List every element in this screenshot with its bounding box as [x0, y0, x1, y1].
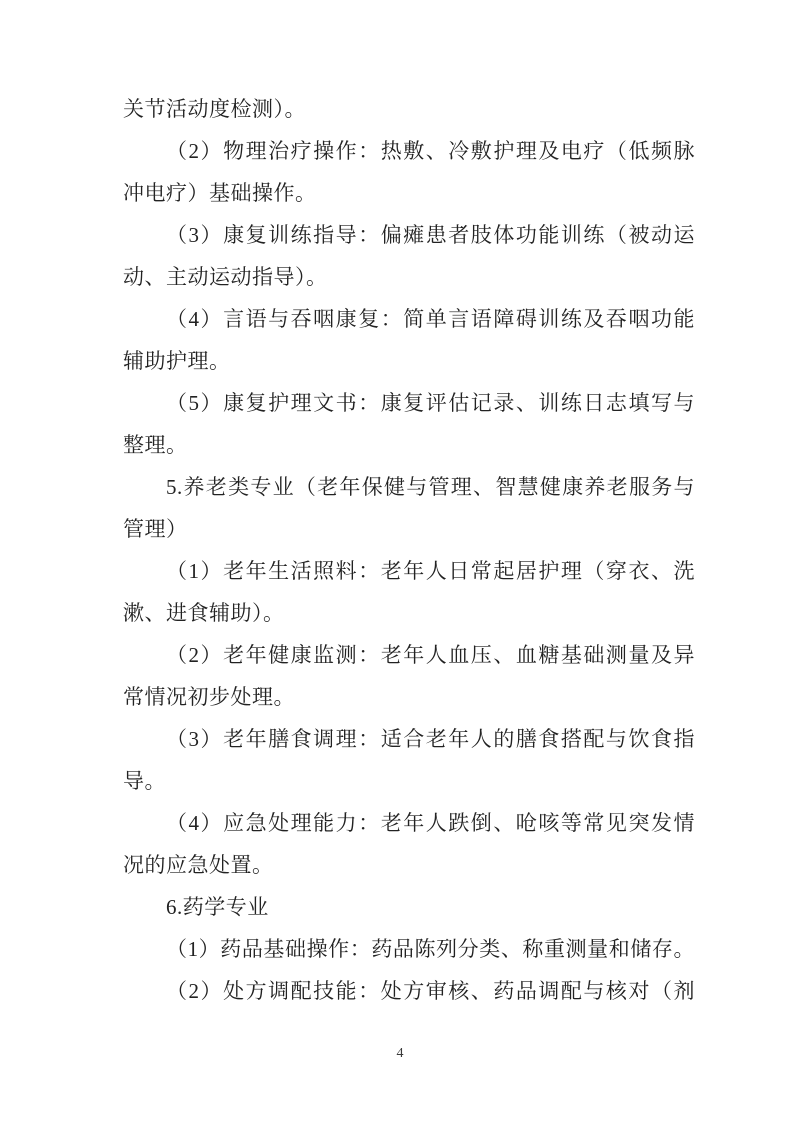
paragraph: （2）处方调配技能：处方审核、药品调配与核对（剂 — [123, 970, 695, 1012]
text-line: 常情况初步处理。 — [123, 676, 695, 718]
text-line: 辅助护理。 — [123, 340, 695, 382]
paragraph: （5）康复护理文书：康复评估记录、训练日志填写与整理。 — [123, 382, 695, 466]
text-line: 5.养老类专业（老年保健与管理、智慧健康养老服务与 — [123, 466, 695, 508]
paragraph: （4）应急处理能力：老年人跌倒、呛咳等常见突发情况的应急处置。 — [123, 802, 695, 886]
text-line: （3）康复训练指导：偏瘫患者肢体功能训练（被动运 — [123, 214, 695, 256]
page-footer: 4 — [0, 1044, 800, 1064]
text-line: （1）药品基础操作：药品陈列分类、称重测量和储存。 — [123, 928, 695, 970]
paragraph: 关节活动度检测）。 — [123, 88, 695, 130]
paragraph: （3）老年膳食调理：适合老年人的膳食搭配与饮食指导。 — [123, 718, 695, 802]
text-line: 漱、进食辅助）。 — [123, 592, 695, 634]
text-line: 导。 — [123, 760, 695, 802]
text-line: （2）老年健康监测：老年人血压、血糖基础测量及异 — [123, 634, 695, 676]
page-background: 关节活动度检测）。（2）物理治疗操作：热敷、冷敷护理及电疗（低频脉冲电疗）基础操… — [0, 0, 800, 1131]
text-line: （1）老年生活照料：老年人日常起居护理（穿衣、洗 — [123, 550, 695, 592]
text-line: （5）康复护理文书：康复评估记录、训练日志填写与 — [123, 382, 695, 424]
paragraph: 6.药学专业 — [123, 886, 695, 928]
paragraph: （2）物理治疗操作：热敷、冷敷护理及电疗（低频脉冲电疗）基础操作。 — [123, 130, 695, 214]
text-line: 动、主动运动指导）。 — [123, 256, 695, 298]
paragraph: 5.养老类专业（老年保健与管理、智慧健康养老服务与管理） — [123, 466, 695, 550]
text-line: 管理） — [123, 508, 695, 550]
document-body: 关节活动度检测）。（2）物理治疗操作：热敷、冷敷护理及电疗（低频脉冲电疗）基础操… — [123, 88, 695, 1012]
text-line: （2）物理治疗操作：热敷、冷敷护理及电疗（低频脉 — [123, 130, 695, 172]
document-page: { "page": { "background_color": "#ffffff… — [0, 0, 800, 1131]
paragraph: （2）老年健康监测：老年人血压、血糖基础测量及异常情况初步处理。 — [123, 634, 695, 718]
text-line: （2）处方调配技能：处方审核、药品调配与核对（剂 — [123, 970, 695, 1012]
text-line: 况的应急处置。 — [123, 844, 695, 886]
text-line: 冲电疗）基础操作。 — [123, 172, 695, 214]
text-line: （4）言语与吞咽康复：简单言语障碍训练及吞咽功能 — [123, 298, 695, 340]
paragraph: （3）康复训练指导：偏瘫患者肢体功能训练（被动运动、主动运动指导）。 — [123, 214, 695, 298]
text-line: 关节活动度检测）。 — [123, 88, 695, 130]
paragraph: （1）老年生活照料：老年人日常起居护理（穿衣、洗漱、进食辅助）。 — [123, 550, 695, 634]
text-line: （3）老年膳食调理：适合老年人的膳食搭配与饮食指 — [123, 718, 695, 760]
paragraph: （4）言语与吞咽康复：简单言语障碍训练及吞咽功能辅助护理。 — [123, 298, 695, 382]
text-line: 整理。 — [123, 424, 695, 466]
text-line: （4）应急处理能力：老年人跌倒、呛咳等常见突发情 — [123, 802, 695, 844]
page-number: 4 — [397, 1046, 404, 1061]
text-line: 6.药学专业 — [123, 886, 695, 928]
paragraph: （1）药品基础操作：药品陈列分类、称重测量和储存。 — [123, 928, 695, 970]
